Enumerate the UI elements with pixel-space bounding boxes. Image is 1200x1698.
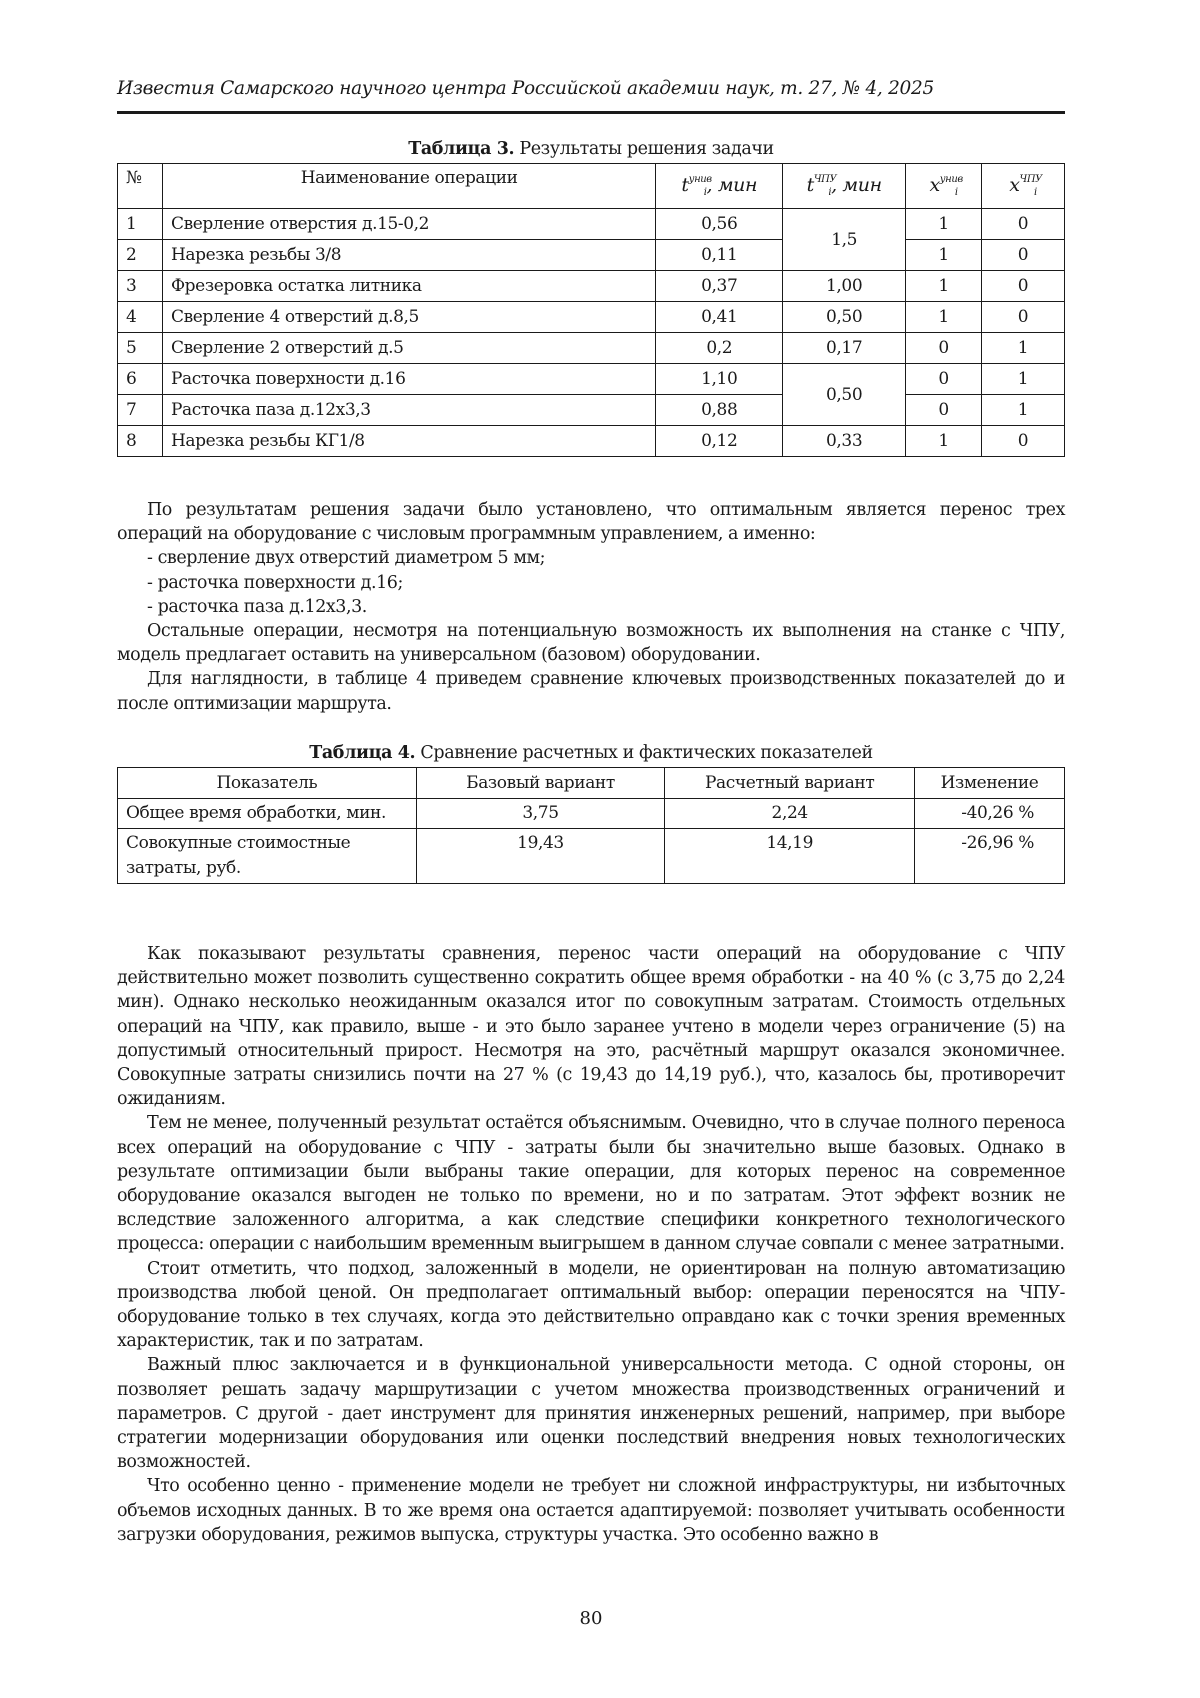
cell-name: Расточка паза д.12х3,3: [162, 395, 655, 426]
cell-no: 3: [118, 271, 163, 302]
table3-caption-title: Результаты решения задачи: [514, 139, 774, 159]
header-calc: Расчетный вариант: [665, 768, 915, 799]
table-row: Совокупные стоимостные затраты, руб. 19,…: [118, 829, 1065, 884]
cell-t-cnc: 0,50: [783, 364, 906, 426]
cell-name: Фрезеровка остатка литника: [162, 271, 655, 302]
table3-caption: Таблица 3. Результаты решения задачи: [117, 139, 1065, 159]
header-operation-name: Наименование операции: [162, 164, 655, 209]
cell-indicator: Совокупные стоимостные затраты, руб.: [118, 829, 417, 884]
cell-t-univ: 0,88: [656, 395, 783, 426]
header-base: Базовый вариант: [416, 768, 665, 799]
table-row: Общее время обработки, мин. 3,75 2,24 -4…: [118, 799, 1065, 829]
results-text: По результатам решения задачи было устан…: [117, 498, 1065, 716]
cell-name: Нарезка резьбы 3/8: [162, 240, 655, 271]
cell-base: 3,75: [416, 799, 665, 829]
header-no: №: [118, 164, 163, 209]
table-row: 2 Нарезка резьбы 3/8 0,11 1 0: [118, 240, 1065, 271]
cell-change: -26,96 %: [915, 829, 1065, 884]
cell-x-univ: 1: [906, 302, 982, 333]
table4-caption-label: Таблица 4.: [309, 743, 415, 763]
paragraph: Что особенно ценно - применение модели н…: [117, 1474, 1065, 1547]
cell-no: 1: [118, 209, 163, 240]
cell-t-univ: 0,37: [656, 271, 783, 302]
table-row: 5 Сверление 2 отверстий д.5 0,2 0,17 0 1: [118, 333, 1065, 364]
cell-no: 4: [118, 302, 163, 333]
cell-x-univ: 0: [906, 333, 982, 364]
cell-t-univ: 0,56: [656, 209, 783, 240]
table4-header-row: Показатель Базовый вариант Расчетный вар…: [118, 768, 1065, 799]
cell-t-univ: 1,10: [656, 364, 783, 395]
cell-x-cnc: 0: [982, 240, 1065, 271]
cell-indicator: Общее время обработки, мин.: [118, 799, 417, 829]
running-head: Известия Самарского научного центра Росс…: [117, 78, 934, 99]
list-item: - сверление двух отверстий диаметром 5 м…: [117, 546, 1065, 570]
paragraph: Для наглядности, в таблице 4 приведем ср…: [117, 667, 1065, 715]
header-rule: [117, 111, 1065, 114]
cell-name: Нарезка резьбы КГ1/8: [162, 426, 655, 457]
table3-caption-label: Таблица 3.: [408, 139, 514, 159]
list-item: - расточка паза д.12х3,3.: [117, 595, 1065, 619]
cell-x-cnc: 1: [982, 364, 1065, 395]
cell-name: Сверление 4 отверстий д.8,5: [162, 302, 655, 333]
table-row: 7 Расточка паза д.12х3,3 0,88 0 1: [118, 395, 1065, 426]
table-row: 6 Расточка поверхности д.16 1,10 0,50 0 …: [118, 364, 1065, 395]
header-x-univ: xунивi: [906, 164, 982, 209]
table-row: 1 Сверление отверстия д.15-0,2 0,56 1,5 …: [118, 209, 1065, 240]
paragraph: Стоит отметить, что подход, заложенный в…: [117, 1257, 1065, 1354]
table3: № Наименование операции tунивi, мин tЧПУ…: [117, 163, 1065, 457]
cell-t-cnc: 0,50: [783, 302, 906, 333]
cell-x-univ: 1: [906, 209, 982, 240]
cell-t-univ: 0,41: [656, 302, 783, 333]
paragraph: Важный плюс заключается и в функциональн…: [117, 1353, 1065, 1474]
header-indicator: Показатель: [118, 768, 417, 799]
cell-x-cnc: 0: [982, 426, 1065, 457]
cell-x-univ: 0: [906, 364, 982, 395]
header-change: Изменение: [915, 768, 1065, 799]
cell-x-univ: 1: [906, 271, 982, 302]
table4-caption: Таблица 4. Сравнение расчетных и фактиче…: [117, 743, 1065, 763]
table-row: 8 Нарезка резьбы КГ1/8 0,12 0,33 1 0: [118, 426, 1065, 457]
discussion-text: Как показывают результаты сравнения, пер…: [117, 942, 1065, 1547]
cell-t-cnc: 0,17: [783, 333, 906, 364]
table3-header-row: № Наименование операции tунивi, мин tЧПУ…: [118, 164, 1065, 209]
cell-t-univ: 0,12: [656, 426, 783, 457]
cell-no: 6: [118, 364, 163, 395]
cell-calc: 2,24: [665, 799, 915, 829]
cell-name: Сверление 2 отверстий д.5: [162, 333, 655, 364]
paragraph: По результатам решения задачи было устан…: [117, 498, 1065, 546]
cell-no: 2: [118, 240, 163, 271]
cell-name: Сверление отверстия д.15-0,2: [162, 209, 655, 240]
cell-t-univ: 0,11: [656, 240, 783, 271]
cell-no: 8: [118, 426, 163, 457]
cell-x-cnc: 0: [982, 271, 1065, 302]
cell-t-univ: 0,2: [656, 333, 783, 364]
cell-t-cnc: 1,00: [783, 271, 906, 302]
cell-no: 7: [118, 395, 163, 426]
list-item: - расточка поверхности д.16;: [117, 571, 1065, 595]
cell-no: 5: [118, 333, 163, 364]
cell-x-cnc: 0: [982, 302, 1065, 333]
cell-x-univ: 1: [906, 426, 982, 457]
cell-t-cnc: 0,33: [783, 426, 906, 457]
cell-x-cnc: 1: [982, 395, 1065, 426]
cell-base: 19,43: [416, 829, 665, 884]
header-x-cnc: xЧПУi: [982, 164, 1065, 209]
table4: Показатель Базовый вариант Расчетный вар…: [117, 767, 1065, 884]
table-row: 4 Сверление 4 отверстий д.8,5 0,41 0,50 …: [118, 302, 1065, 333]
cell-name: Расточка поверхности д.16: [162, 364, 655, 395]
cell-t-cnc: 1,5: [783, 209, 906, 271]
table4-caption-title: Сравнение расчетных и фактических показа…: [415, 743, 873, 763]
cell-x-univ: 0: [906, 395, 982, 426]
paragraph: Остальные операции, несмотря на потенциа…: [117, 619, 1065, 667]
paragraph: Как показывают результаты сравнения, пер…: [117, 942, 1065, 1111]
cell-x-cnc: 1: [982, 333, 1065, 364]
page-number: 80: [117, 1608, 1065, 1629]
header-t-univ: tунивi, мин: [656, 164, 783, 209]
cell-x-univ: 1: [906, 240, 982, 271]
cell-calc: 14,19: [665, 829, 915, 884]
cell-change: -40,26 %: [915, 799, 1065, 829]
cell-x-cnc: 0: [982, 209, 1065, 240]
paragraph: Тем не менее, полученный результат остаё…: [117, 1111, 1065, 1256]
table-row: 3 Фрезеровка остатка литника 0,37 1,00 1…: [118, 271, 1065, 302]
header-t-cnc: tЧПУi, мин: [783, 164, 906, 209]
